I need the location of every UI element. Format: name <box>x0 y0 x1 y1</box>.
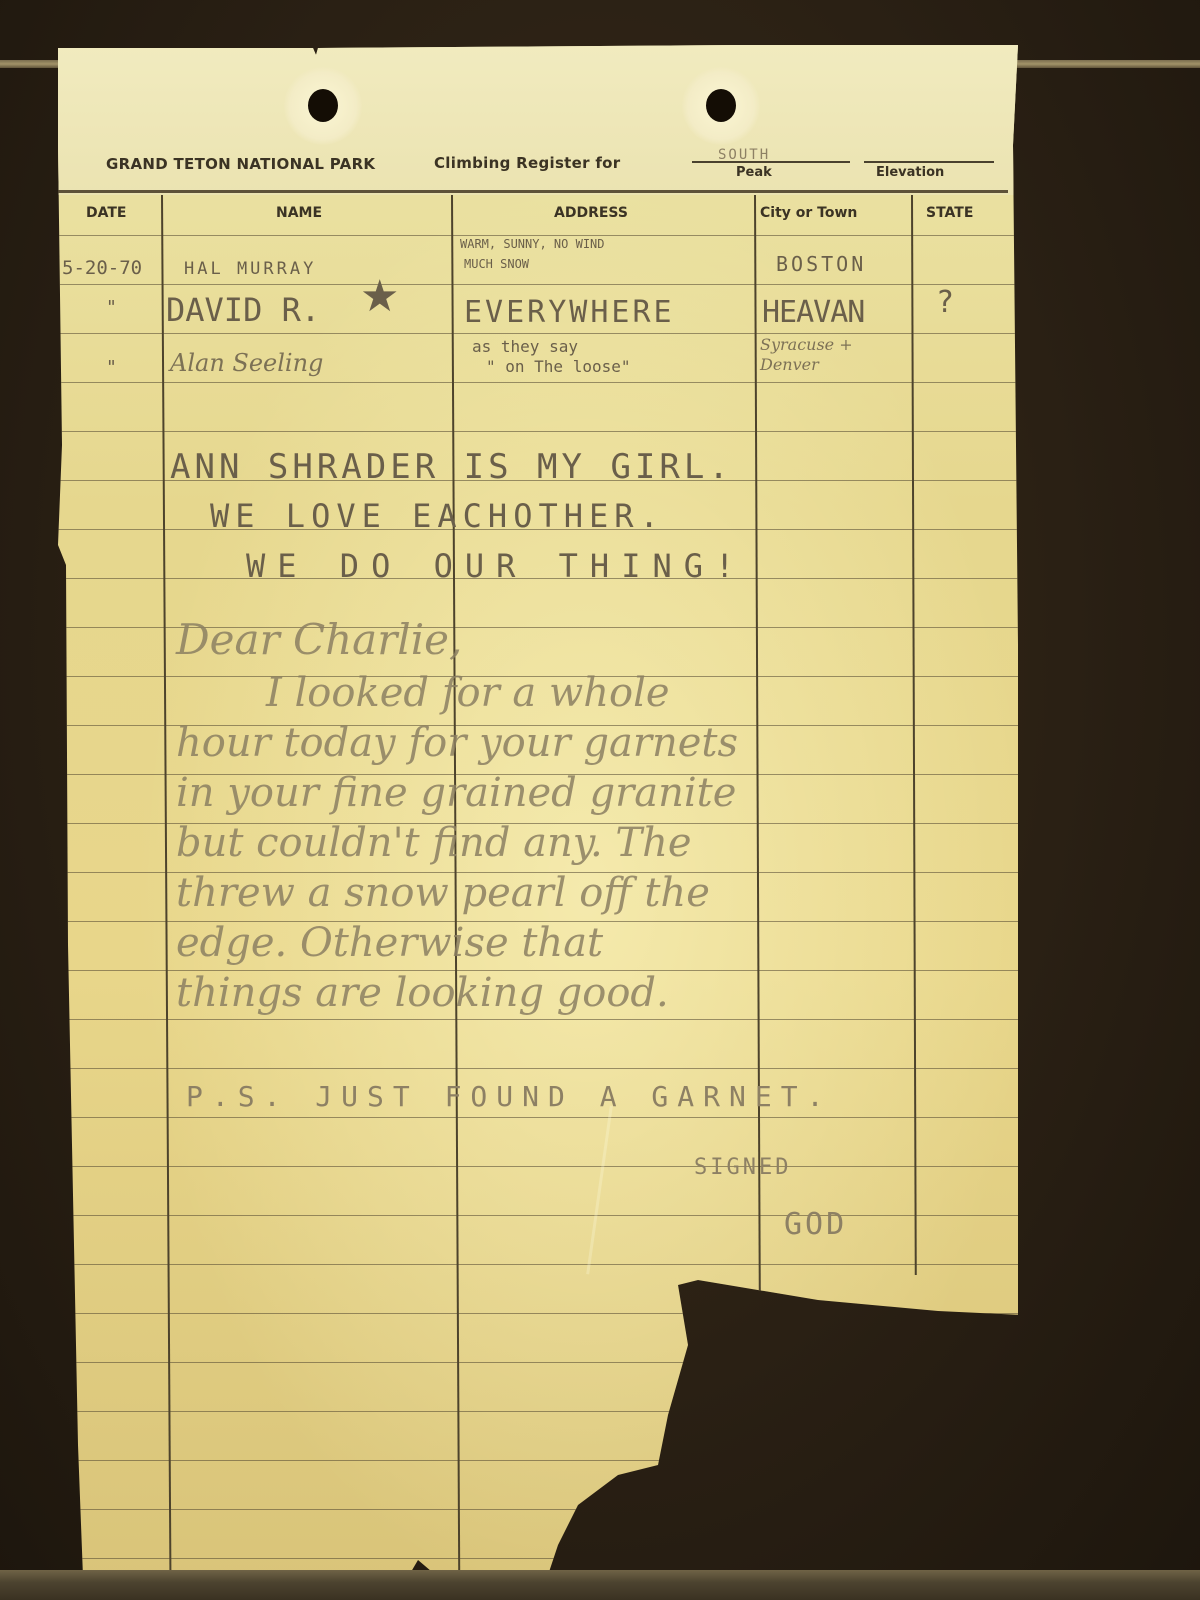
ruled-line <box>58 1264 1018 1265</box>
entry-1-city: BOSTON <box>776 252 866 276</box>
ruled-line <box>58 1117 1018 1118</box>
ruled-line <box>58 1166 1018 1167</box>
column-header-date: DATE <box>86 205 126 221</box>
punch-hole-right <box>682 67 760 145</box>
letter-line-6: threw a snow pearl off the <box>176 870 710 916</box>
entry-3-date: " <box>106 357 117 378</box>
column-divider-date <box>161 195 171 1577</box>
entry-3-city: Syracuse + Denver <box>760 335 910 375</box>
header-rule <box>58 190 1008 193</box>
ruled-line <box>58 284 1018 285</box>
note-line-3: WE DO OUR THING! <box>246 547 746 585</box>
entry-2-city: HEAVAN <box>762 295 864 330</box>
entry-2-name: DAVID R. <box>166 291 320 329</box>
display-rail-bottom <box>0 1570 1200 1600</box>
letter-line-1: Dear Charlie, <box>176 615 462 664</box>
note-line-1: ANN SHRADER IS MY GIRL. <box>170 447 733 487</box>
entry-1-date: 5-20-70 <box>62 257 142 279</box>
column-header-city: City or Town <box>760 205 857 221</box>
ruled-line <box>58 1068 1018 1069</box>
elevation-label: Elevation <box>876 165 944 180</box>
park-name: GRAND TETON NATIONAL PARK <box>106 155 375 173</box>
peak-label: Peak <box>736 165 772 180</box>
entry-2-address: EVERYWHERE <box>464 295 675 330</box>
letter-line-7: edge. Otherwise that <box>176 920 603 966</box>
ruled-line <box>58 1215 1018 1216</box>
column-header-name: NAME <box>276 205 322 221</box>
register-label: Climbing Register for <box>434 154 620 172</box>
ruled-line <box>58 382 1018 383</box>
letter-line-4: in your fine grained granite <box>176 770 736 816</box>
punch-hole-left <box>284 67 362 145</box>
entry-3-address-line-2: " on The loose" <box>486 357 631 376</box>
column-divider-city <box>911 195 916 1275</box>
note-line-2: WE LOVE EACHOTHER. <box>210 497 665 535</box>
entry-2-date: " <box>106 297 117 318</box>
entry-3-address-line-1: as they say <box>472 337 578 356</box>
star-mark: ★ <box>360 271 399 322</box>
letter-line-2: I looked for a whole <box>266 670 670 716</box>
postscript: P.S. JUST FOUND A GARNET. <box>186 1080 832 1113</box>
peak-value: SOUTH <box>718 147 770 163</box>
entry-1-name: HAL MURRAY <box>184 259 316 279</box>
entry-1-address-line-2: MUCH SNOW <box>464 257 529 271</box>
letter-line-3: hour today for your garnets <box>176 720 738 766</box>
ruled-line <box>58 1019 1018 1020</box>
signed-label: SIGNED <box>694 1155 791 1180</box>
column-header-state: STATE <box>926 205 973 221</box>
entry-1-address-line-1: WARM, SUNNY, NO WIND <box>460 237 605 251</box>
ruled-line <box>58 431 1018 432</box>
ruled-line <box>58 235 1018 236</box>
letter-line-5: but couldn't find any. The <box>176 820 692 866</box>
signed-name: GOD <box>784 1207 847 1242</box>
letter-line-8: things are looking good. <box>176 970 669 1016</box>
peak-blank-line <box>692 161 850 163</box>
paper-crease <box>586 1106 613 1275</box>
elevation-blank-line <box>864 161 994 163</box>
entry-2-state: ? <box>936 285 954 320</box>
column-header-address: ADDRESS <box>554 205 628 221</box>
entry-3-name: Alan Seeling <box>170 349 323 377</box>
ruled-line <box>58 333 1018 334</box>
